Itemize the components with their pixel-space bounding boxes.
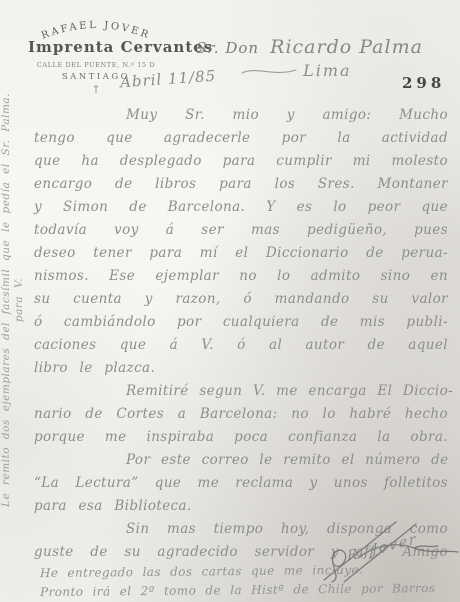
body-line: tengo que agradecerle por la actividad — [34, 127, 448, 150]
body-line: “La Lectura” que me reclama y unos folle… — [34, 472, 448, 495]
body-line: ó cambiándolo por cualquiera de mis publ… — [34, 311, 448, 334]
body-line: todavía voy á ser mas pedigüeño, pues — [34, 219, 448, 242]
place-name: Lima — [303, 61, 351, 80]
postscript-line: Pronto irá el 2º tomo de la Histª de Chi… — [40, 579, 450, 602]
body-line: nario de Cortes a Barcelona: no lo habré… — [34, 403, 448, 426]
body-line: porque me inspiraba poca confianza la ob… — [34, 426, 448, 449]
letterhead-business-name: Imprenta Cervantes — [28, 38, 164, 56]
body-line: libro le plazca. — [34, 357, 448, 380]
body-line: y Simon de Barcelona. Y es lo peor que — [34, 196, 448, 219]
margin-note-line: Le remito dos ejemplares del facsímil qu… — [0, 14, 13, 586]
body-line: nismos. Ese ejemplar no lo admito sino e… — [34, 265, 448, 288]
body-line: Remitiré segun V. me encarga El Diccio- — [34, 380, 448, 403]
body-line: para esa Biblioteca. — [34, 495, 448, 518]
addressee-line: Sr. Don Ricardo Palma — [196, 36, 423, 58]
letter-body: Muy Sr. mio y amigo: Mucho tengo que agr… — [34, 104, 448, 564]
body-line: deseo tener para mí el Diccionario de pe… — [34, 242, 448, 265]
archive-number-stamp: 298 — [402, 74, 445, 92]
body-line: que ha desplegado para cumplir mi molest… — [34, 150, 448, 173]
postscript: He entregado las dos cartas que me inclu… — [40, 560, 450, 602]
salutation-prefix: Sr. Don — [196, 39, 259, 57]
place-line: Lima — [240, 60, 352, 80]
scanned-letter-page: RAFAEL JOVER Imprenta Cervantes CALLE DE… — [0, 0, 460, 602]
margin-note-line: para V. — [13, 14, 26, 586]
recipient-name: Ricardo Palma — [270, 36, 423, 58]
body-line: Por este correo le remito el número de — [34, 449, 448, 472]
pen-swash-flourish — [240, 65, 298, 77]
body-line: encargo de libros para los Sres. Montane… — [34, 173, 448, 196]
letterhead-address: CALLE DEL PUENTE, N.º 15 D — [28, 61, 164, 69]
margin-note-vertical: Le remito dos ejemplares del facsímil qu… — [0, 14, 26, 586]
body-line: Muy Sr. mio y amigo: Mucho — [34, 104, 448, 127]
body-line: su cuenta y razon, ó mandando su valor — [34, 288, 448, 311]
body-line: caciones que á V. ó al autor de aquel — [34, 334, 448, 357]
